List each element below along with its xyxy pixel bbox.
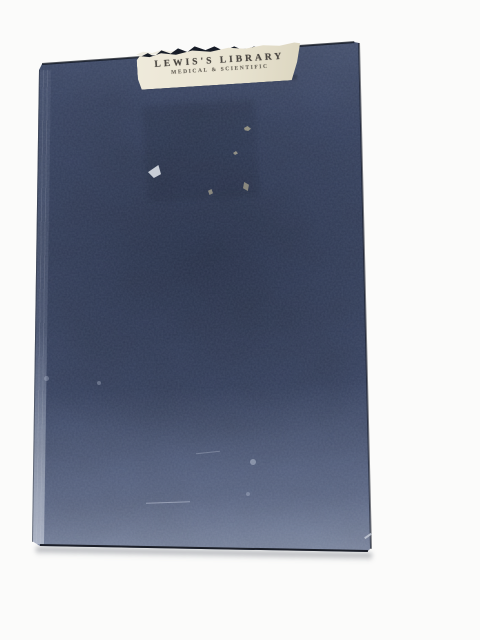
wear-dot [97,381,101,385]
wear-dot [246,492,250,496]
wear-dot [44,376,49,381]
book-photo: LEWIS'S LIBRARY MEDICAL & SCIENTIFIC [0,0,480,640]
wear-dot [250,459,256,465]
